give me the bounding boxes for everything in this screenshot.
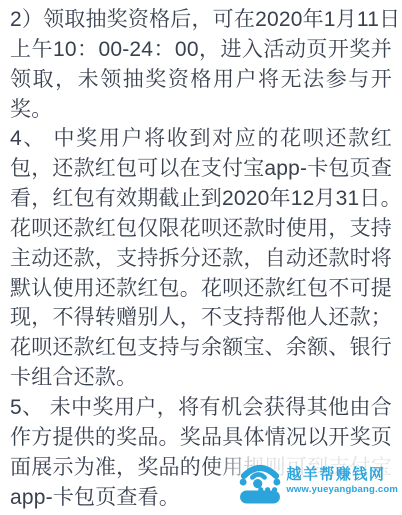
- text-line: 4、 中奖用户将收到对应的花呗还款红: [10, 124, 392, 154]
- text-line: 上午10：00-24：00，进入活动页开奖并: [10, 35, 392, 65]
- text-line: 默认使用还款红包。花呗还款红包不可提: [10, 274, 392, 304]
- watermark: 越羊帮赚钱网 www.yueyangbang.com: [210, 449, 402, 513]
- watermark-url: www.yueyangbang.com: [286, 484, 398, 496]
- text-line: 卡组合还款。: [10, 363, 392, 393]
- text-line: 现，不得转赠别人，不支持帮他人还款；: [10, 303, 392, 333]
- text-line: 奖。: [10, 95, 392, 125]
- text-line: 花呗还款红包仅限花呗还款时使用，支持: [10, 214, 392, 244]
- text-line: 主动还款，支持拆分还款，自动还款时将: [10, 244, 392, 274]
- text-line: 花呗还款红包支持与余额宝、余额、银行: [10, 333, 392, 363]
- terms-text: 2）领取抽奖资格后，可在2020年1月11日上午10：00-24：00，进入活动…: [0, 0, 402, 515]
- text-line: 包，还款红包可以在支付宝app-卡包页查: [10, 154, 392, 184]
- watermark-site-name: 越羊帮赚钱网: [286, 466, 385, 484]
- watermark-robot-icon: [237, 452, 283, 511]
- text-line: 看，红包有效期截止到2020年12月31日。: [10, 184, 392, 214]
- text-line: 5、 未中奖用户，将有机会获得其他由合: [10, 393, 392, 423]
- text-line: 领取，未领抽奖资格用户将无法参与开: [10, 65, 392, 95]
- text-line: 2）领取抽奖资格后，可在2020年1月11日: [10, 5, 392, 35]
